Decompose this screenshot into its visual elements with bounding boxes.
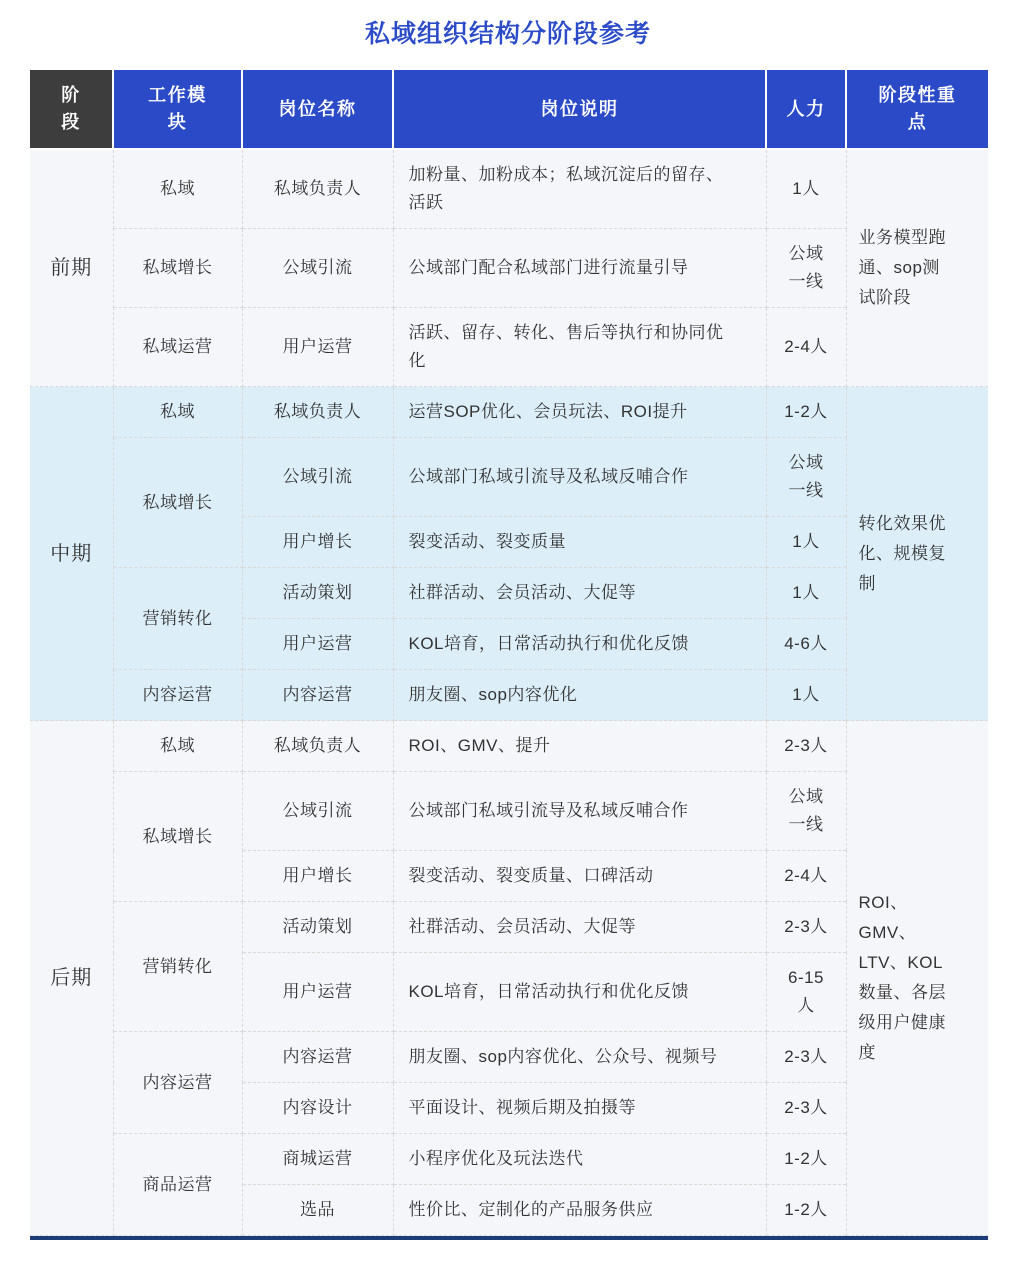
module-cell: 私域增长 <box>113 229 242 308</box>
module-cell: 私域 <box>113 721 242 772</box>
col-header-focus: 阶段性重点 <box>846 70 988 149</box>
module-cell: 私域增长 <box>113 438 242 568</box>
module-cell: 商品运营 <box>113 1134 242 1236</box>
table-row: 中期私域私域负责人运营SOP优化、会员玩法、ROI提升1-2人转化效果优化、规模… <box>30 387 988 438</box>
module-cell: 营销转化 <box>113 568 242 670</box>
module-cell: 私域 <box>113 149 242 229</box>
position-cell: 选品 <box>242 1185 393 1236</box>
description-cell: 加粉量、加粉成本；私域沉淀后的留存、活跃 <box>393 149 766 229</box>
table-row: 私域运营用户运营活跃、留存、转化、售后等执行和协同优化2-4人 <box>30 308 988 387</box>
position-cell: 私域负责人 <box>242 149 393 229</box>
description-cell: 公域部门私域引流导及私域反哺合作 <box>393 438 766 517</box>
table-row: 后期私域私域负责人ROI、GMV、提升2-3人ROI、GMV、LTV、KOL数量… <box>30 721 988 772</box>
position-cell: 活动策划 <box>242 568 393 619</box>
headcount-cell: 公域 一线 <box>766 438 846 517</box>
position-cell: 私域负责人 <box>242 387 393 438</box>
col-header-module: 工作模块 <box>113 70 242 149</box>
focus-cell: 转化效果优化、规模复制 <box>846 387 988 721</box>
description-cell: KOL培育，日常活动执行和优化反馈 <box>393 619 766 670</box>
table-body: 前期私域私域负责人加粉量、加粉成本；私域沉淀后的留存、活跃1人业务模型跑通、so… <box>30 149 988 1236</box>
position-cell: 活动策划 <box>242 902 393 953</box>
table-row: 私域增长公域引流公域部门私域引流导及私域反哺合作公域 一线 <box>30 438 988 517</box>
page-title: 私域组织结构分阶段参考 <box>0 14 1016 50</box>
description-cell: 公域部门私域引流导及私域反哺合作 <box>393 772 766 851</box>
position-cell: 内容设计 <box>242 1083 393 1134</box>
headcount-cell: 2-3人 <box>766 902 846 953</box>
description-cell: 裂变活动、裂变质量、口碑活动 <box>393 851 766 902</box>
description-cell: 社群活动、会员活动、大促等 <box>393 902 766 953</box>
page: 私域组织结构分阶段参考 阶段工作模块岗位名称岗位说明人力阶段性重点 前期私域私域… <box>0 14 1016 1270</box>
position-cell: 内容运营 <box>242 1032 393 1083</box>
description-cell: KOL培育，日常活动执行和优化反馈 <box>393 953 766 1032</box>
headcount-cell: 1人 <box>766 568 846 619</box>
table: 阶段工作模块岗位名称岗位说明人力阶段性重点 前期私域私域负责人加粉量、加粉成本；… <box>30 70 988 1236</box>
table-row: 营销转化活动策划社群活动、会员活动、大促等1人 <box>30 568 988 619</box>
description-cell: 活跃、留存、转化、售后等执行和协同优化 <box>393 308 766 387</box>
description-cell: 社群活动、会员活动、大促等 <box>393 568 766 619</box>
position-cell: 用户运营 <box>242 953 393 1032</box>
position-cell: 用户运营 <box>242 619 393 670</box>
headcount-cell: 1人 <box>766 517 846 568</box>
module-cell: 内容运营 <box>113 1032 242 1134</box>
table-row: 内容运营内容运营朋友圈、sop内容优化1人 <box>30 670 988 721</box>
headcount-cell: 1人 <box>766 670 846 721</box>
description-cell: 运营SOP优化、会员玩法、ROI提升 <box>393 387 766 438</box>
table-row: 营销转化活动策划社群活动、会员活动、大促等2-3人 <box>30 902 988 953</box>
col-header-headcount: 人力 <box>766 70 846 149</box>
description-cell: 朋友圈、sop内容优化、公众号、视频号 <box>393 1032 766 1083</box>
table-row: 内容运营内容运营朋友圈、sop内容优化、公众号、视频号2-3人 <box>30 1032 988 1083</box>
headcount-cell: 2-3人 <box>766 1083 846 1134</box>
position-cell: 公域引流 <box>242 438 393 517</box>
description-cell: 朋友圈、sop内容优化 <box>393 670 766 721</box>
focus-cell: ROI、GMV、LTV、KOL数量、各层级用户健康度 <box>846 721 988 1236</box>
description-cell: 小程序优化及玩法迭代 <box>393 1134 766 1185</box>
headcount-cell: 公域 一线 <box>766 229 846 308</box>
table-header: 阶段工作模块岗位名称岗位说明人力阶段性重点 <box>30 70 988 149</box>
module-cell: 私域运营 <box>113 308 242 387</box>
position-cell: 用户增长 <box>242 517 393 568</box>
headcount-cell: 4-6人 <box>766 619 846 670</box>
headcount-cell: 2-3人 <box>766 721 846 772</box>
headcount-cell: 1-2人 <box>766 387 846 438</box>
description-cell: 裂变活动、裂变质量 <box>393 517 766 568</box>
position-cell: 商城运营 <box>242 1134 393 1185</box>
table-row: 商品运营商城运营小程序优化及玩法迭代1-2人 <box>30 1134 988 1185</box>
headcount-cell: 2-4人 <box>766 851 846 902</box>
col-header-position: 岗位名称 <box>242 70 393 149</box>
description-cell: 性价比、定制化的产品服务供应 <box>393 1185 766 1236</box>
module-cell: 私域增长 <box>113 772 242 902</box>
stage-cell: 前期 <box>30 149 113 387</box>
headcount-cell: 1-2人 <box>766 1134 846 1185</box>
position-cell: 私域负责人 <box>242 721 393 772</box>
headcount-cell: 公域 一线 <box>766 772 846 851</box>
stage-cell: 中期 <box>30 387 113 721</box>
position-cell: 用户运营 <box>242 308 393 387</box>
description-cell: 公域部门配合私域部门进行流量引导 <box>393 229 766 308</box>
module-cell: 营销转化 <box>113 902 242 1032</box>
headcount-cell: 1人 <box>766 149 846 229</box>
org-structure-table: 阶段工作模块岗位名称岗位说明人力阶段性重点 前期私域私域负责人加粉量、加粉成本；… <box>30 70 988 1240</box>
module-cell: 内容运营 <box>113 670 242 721</box>
headcount-cell: 2-3人 <box>766 1032 846 1083</box>
col-header-stage: 阶段 <box>30 70 113 149</box>
position-cell: 用户增长 <box>242 851 393 902</box>
table-row: 前期私域私域负责人加粉量、加粉成本；私域沉淀后的留存、活跃1人业务模型跑通、so… <box>30 149 988 229</box>
table-row: 私域增长公域引流公域部门私域引流导及私域反哺合作公域 一线 <box>30 772 988 851</box>
col-header-description: 岗位说明 <box>393 70 766 149</box>
position-cell: 公域引流 <box>242 229 393 308</box>
headcount-cell: 6-15 人 <box>766 953 846 1032</box>
focus-cell: 业务模型跑通、sop测试阶段 <box>846 149 988 387</box>
description-cell: ROI、GMV、提升 <box>393 721 766 772</box>
headcount-cell: 2-4人 <box>766 308 846 387</box>
position-cell: 公域引流 <box>242 772 393 851</box>
table-row: 私域增长公域引流公域部门配合私域部门进行流量引导公域 一线 <box>30 229 988 308</box>
headcount-cell: 1-2人 <box>766 1185 846 1236</box>
stage-cell: 后期 <box>30 721 113 1236</box>
description-cell: 平面设计、视频后期及拍摄等 <box>393 1083 766 1134</box>
module-cell: 私域 <box>113 387 242 438</box>
position-cell: 内容运营 <box>242 670 393 721</box>
